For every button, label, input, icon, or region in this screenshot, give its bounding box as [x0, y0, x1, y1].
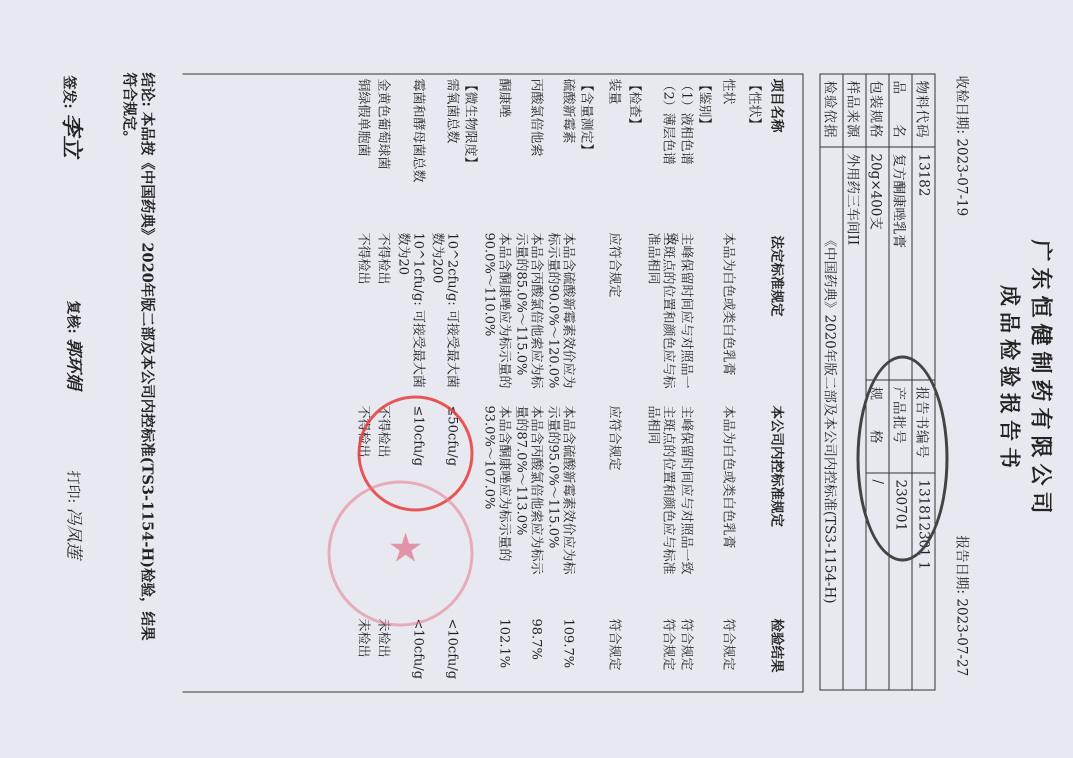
row-result: <10cfu/g [410, 618, 425, 679]
row-internal-standard: 应符合规定 [606, 405, 621, 585]
info-value: 13182 [912, 147, 935, 380]
info-value: 复方酮康唑乳膏 [889, 147, 912, 380]
row-internal-standard: 本品为白色或类白色乳膏 [720, 405, 735, 585]
row-national-standard: 主斑点的位置和颜色应与标准品相同 [645, 232, 675, 397]
report-title: 成品检验报告书 [995, 0, 1025, 758]
scanned-document: 广东恒健制药有限公司 成品检验报告书 收检日期: 2023-07-19 报告日期… [0, 0, 1073, 758]
row-item-name: 硫酸新霉素 [560, 78, 575, 143]
conclusion: 结论: 本品按《中国药典》2020年版二部及本公司内控标准(TS3-1154-H… [119, 72, 155, 652]
row-internal-standard: 本品含酮康唑应为标示量的93.0%～107.0% [481, 405, 511, 585]
receive-date-value: 2023-07-19 [953, 138, 969, 216]
row-item-name: 装量 [606, 78, 621, 104]
printer-name: 冯凤莲 [63, 507, 83, 558]
col-national-standard: 法定标准规定 [768, 235, 788, 316]
receive-date: 收检日期: 2023-07-19 [953, 75, 973, 216]
info-label: 检验依据 [820, 74, 843, 147]
row-national-standard: 本品含酮康唑应为标示量的90.0%～110.0% [481, 232, 511, 397]
issuer-name: 李立 [58, 113, 84, 157]
reviewer-signature: 复核: 郭环娟 [63, 300, 88, 389]
row-item-name: 【性状】 [746, 78, 761, 130]
row-national-standard: 10^2cfu/g: 可接受最大菌数为200 [429, 232, 459, 397]
row-national-standard: 不得检出 [355, 232, 370, 397]
info-label: 物料代码 [912, 74, 935, 147]
row-internal-standard: 本品含丙酸氯倍他索应为标示量的87.0%～113.0% [513, 405, 543, 585]
info-row: 样品来源 外用药三车间II [843, 74, 866, 690]
receive-date-label: 收检日期: [953, 75, 969, 134]
row-item-name: 霉菌和酵母菌总数 [410, 78, 425, 193]
reviewer-label: 复核: [64, 300, 80, 333]
row-national-standard: 本品含丙酸氯倍他索应为标示量的85.0%～115.0% [513, 232, 543, 397]
company-quality-stamp [856, 355, 948, 561]
reviewer-name: 郭环娟 [63, 338, 83, 389]
issuer-label: 签发: [60, 75, 76, 108]
row-item-name: 丙酸氯倍他索 [528, 78, 543, 156]
row-result: 未检出 [355, 618, 370, 657]
col-item-name: 项目名称 [768, 78, 788, 132]
row-internal-standard: 主峰保留时间应与对照品一致 [678, 405, 693, 585]
info-value: 《中国药典》2020年版二部及本公司内控标准(TS3-1154-H) [820, 147, 843, 690]
row-item-name: 金黄色葡萄球菌 [375, 78, 390, 169]
row-item-name: 【微生物限度】 [462, 78, 477, 169]
row-national-standard: 10^1cfu/g: 可接受最大菌数为20 [395, 232, 425, 397]
info-value: 20g×400支 [866, 147, 889, 380]
row-national-standard: 本品含硫酸新霉素效价应为标示量的90.0%～120.0% [545, 232, 575, 397]
conclusion-text: 本品按《中国药典》2020年版二部及本公司内控标准(TS3-1154-H)检验，… [120, 72, 155, 640]
row-result: <10cfu/g [444, 618, 459, 679]
star-icon: ★ [387, 525, 423, 571]
row-item-name: 【检查】 [626, 78, 641, 130]
row-national-standard: 应符合规定 [606, 232, 621, 397]
report-date-value: 2023-07-27 [953, 598, 969, 676]
col-result: 检验结果 [768, 618, 788, 672]
row-item-name: 酮康唑 [496, 78, 511, 117]
report-page: 广东恒健制药有限公司 成品检验报告书 收检日期: 2023-07-19 报告日期… [0, 0, 1073, 758]
row-item-name: 需氧菌总数 [444, 78, 459, 143]
row-result: 102.1% [496, 618, 511, 668]
row-national-standard: 本品为白色或类白色乳膏 [720, 232, 735, 397]
info-label: 包装规格 [866, 74, 889, 147]
row-result: 109.7% [560, 618, 575, 668]
row-item-name: 【鉴别】 [696, 78, 711, 130]
row-item-name: 性状 [720, 78, 735, 104]
printer-label: 打印: [64, 470, 80, 503]
report-date-label: 报告日期: [953, 535, 969, 594]
info-label: 样品来源 [843, 74, 866, 147]
row-item-name: （2）薄层色谱 [660, 78, 675, 164]
info-row: 检验依据 《中国药典》2020年版二部及本公司内控标准(TS3-1154-H) [820, 74, 843, 690]
printer-signature: 打印: 冯凤莲 [63, 470, 88, 558]
row-internal-standard: 主斑点的位置和颜色应与标准品相同 [645, 405, 675, 585]
row-internal-standard: 本品含硫酸新霉素效价应为标示量的95.0%～115.0% [545, 405, 575, 585]
issuer-signature: 签发: 李立 [57, 75, 88, 157]
row-result: 符合规定 [660, 618, 675, 670]
report-date: 报告日期: 2023-07-27 [953, 535, 973, 676]
row-result: 98.7% [528, 618, 543, 659]
row-result: 符合规定 [606, 618, 621, 670]
row-result: 符合规定 [720, 618, 735, 670]
row-item-name: 【含量测定】 [578, 78, 593, 156]
conclusion-label: 结论: [138, 72, 155, 106]
row-result: 符合规定 [678, 618, 693, 670]
info-label: 品 名 [889, 74, 912, 147]
company-name: 广东恒健制药有限公司 [1026, 0, 1057, 758]
row-national-standard: 不得检出 [375, 232, 390, 397]
col-internal-standard: 本公司内控标准规定 [768, 405, 788, 527]
row-item-name: 铜绿假单胞菌 [355, 78, 370, 156]
row-item-name: （1）液相色谱 [678, 78, 693, 164]
